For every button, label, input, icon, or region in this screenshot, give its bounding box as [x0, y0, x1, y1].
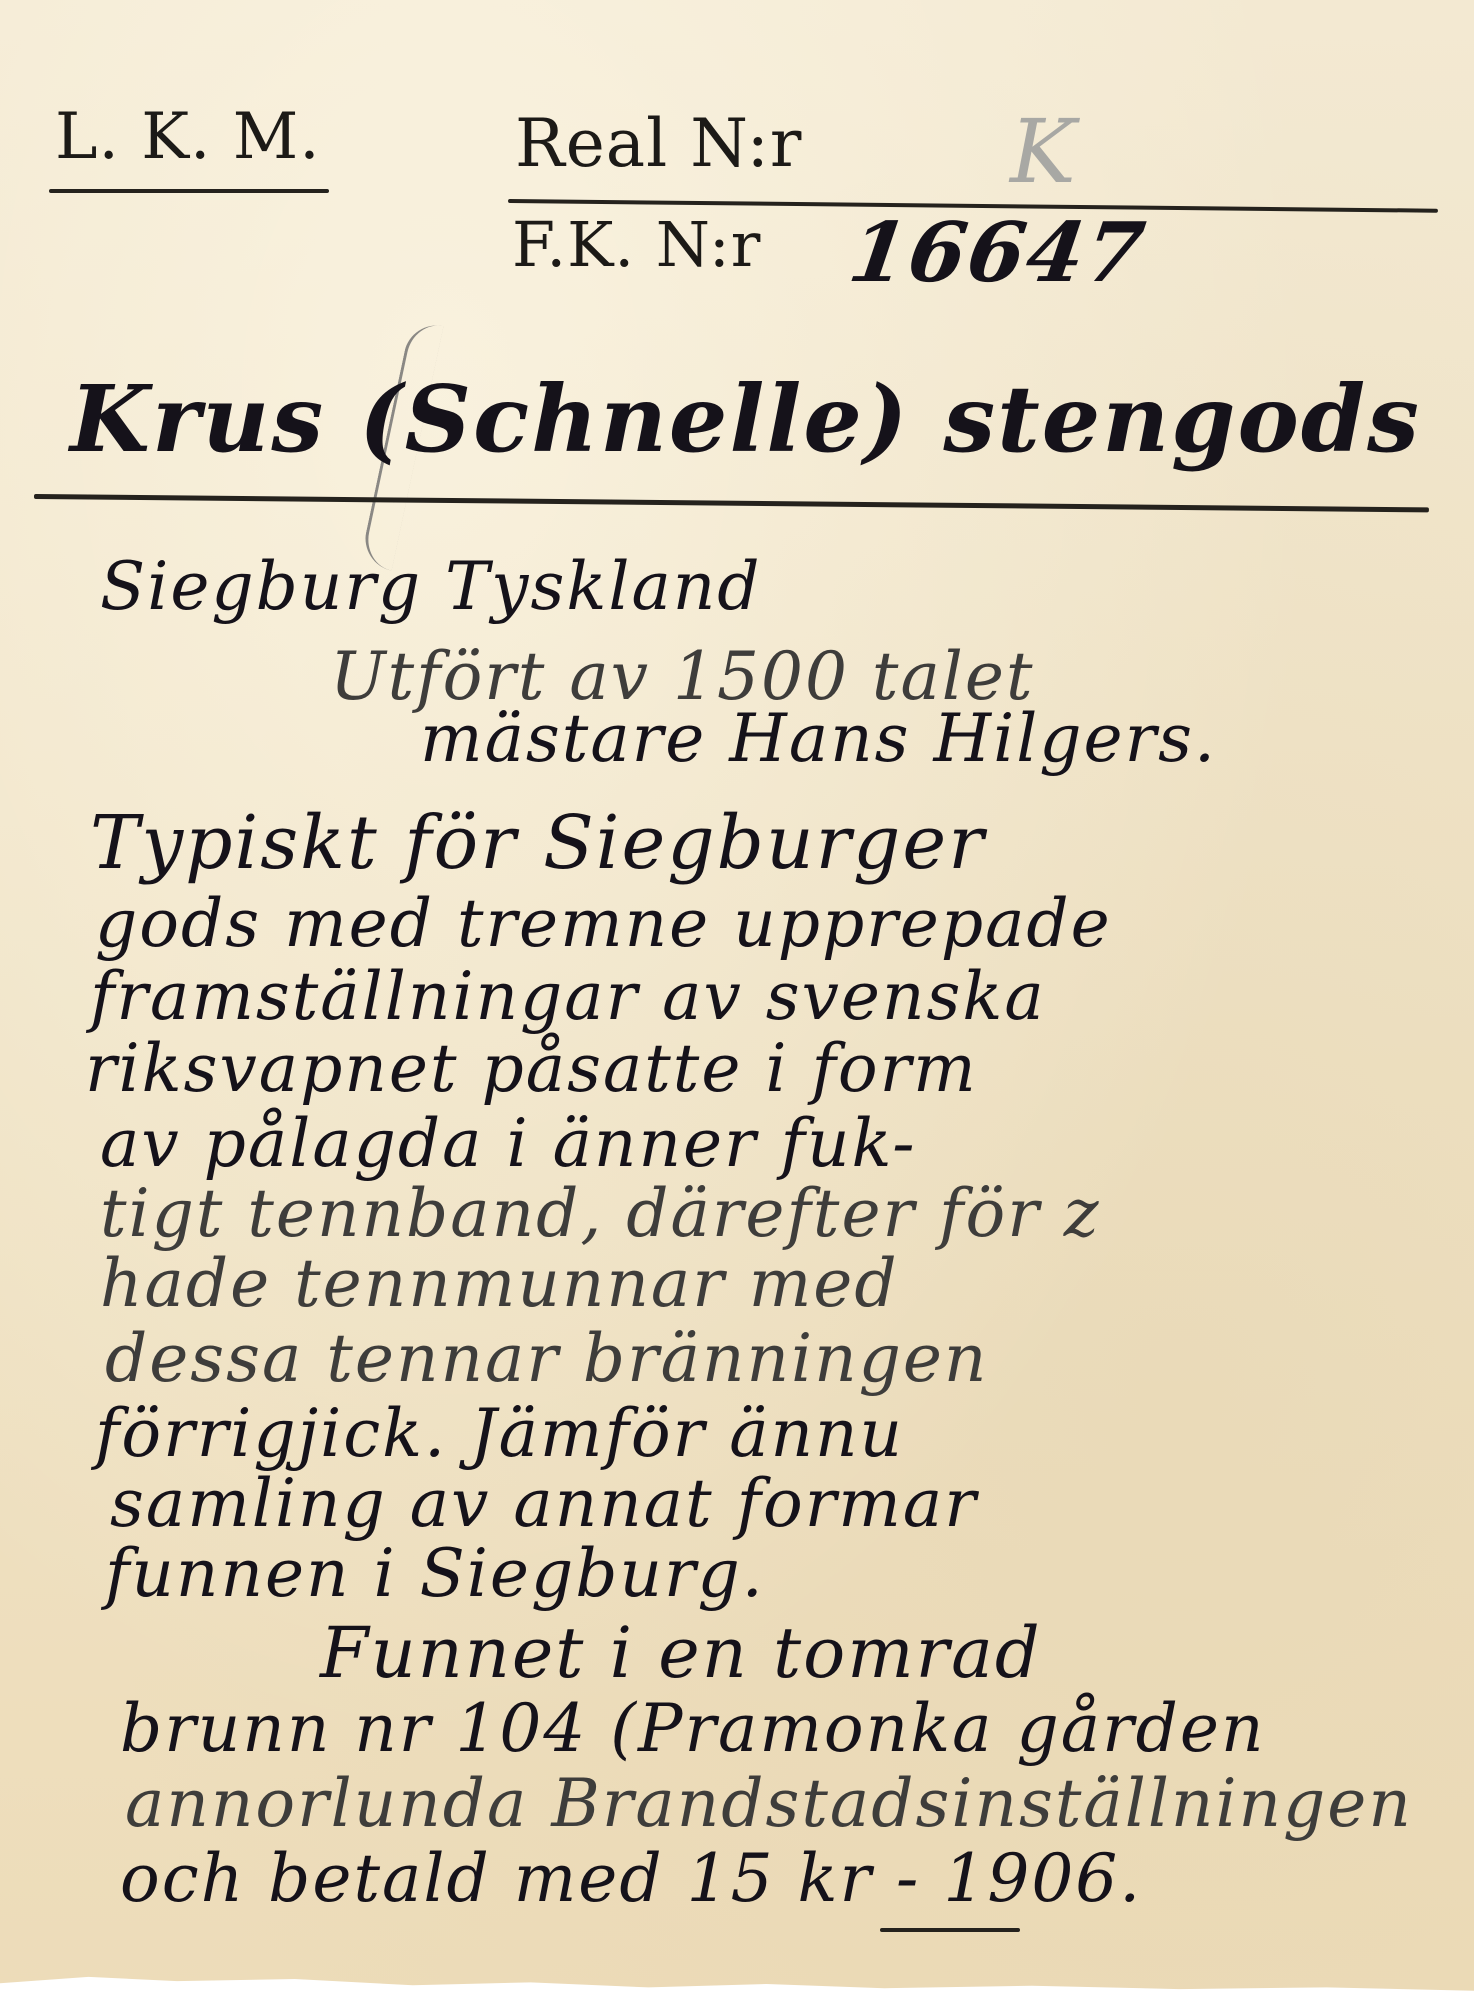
body-line: tigt tennband, därefter för z: [100, 1175, 1101, 1252]
torn-paper-edge: [0, 1958, 1474, 2000]
body-line: dessa tennar bränningen: [105, 1320, 988, 1397]
title-underline: [34, 494, 1429, 512]
real-number-label: Real N:r: [515, 105, 802, 182]
institution-underline: [49, 189, 329, 193]
body-line: samling av annat formar: [110, 1465, 978, 1542]
body-line: riksvapnet påsatte i form: [85, 1030, 978, 1107]
body-line: annorlunda Brandstadsinställningen: [125, 1765, 1413, 1842]
fk-number-label: F.K. N:r: [512, 208, 761, 281]
body-line: hade tennmunnar med: [100, 1245, 899, 1322]
body-line: mästare Hans Hilgers.: [420, 700, 1217, 777]
catalog-card: L. K. M. Real N:r K F.K. N:r 16647 Krus …: [0, 0, 1474, 2000]
body-line: brunn nr 104 (Pramonka gården: [120, 1690, 1265, 1767]
body-line: Typiskt för Siegburger: [90, 800, 986, 886]
body-line: Funnet i en tomrad: [320, 1612, 1042, 1694]
body-line: funnen i Siegburg.: [105, 1535, 765, 1612]
body-line: Siegburg Tyskland: [100, 548, 762, 625]
fk-number-value: 16647: [843, 205, 1152, 301]
real-number-value: K: [1010, 100, 1078, 203]
body-line: gods med tremne upprepade: [95, 885, 1112, 962]
body-line: av pålagda i änner fuk-: [100, 1105, 917, 1182]
body-line: och betald med 15 kr - 1906.: [120, 1840, 1142, 1917]
institution-label: L. K. M.: [55, 100, 321, 174]
object-title: Krus (Schnelle) stengods: [70, 365, 1421, 473]
price-underline: [880, 1928, 1020, 1932]
body-line: framställningar av svenska: [90, 958, 1046, 1035]
body-line: förrigjick. Jämför ännu: [95, 1395, 904, 1472]
